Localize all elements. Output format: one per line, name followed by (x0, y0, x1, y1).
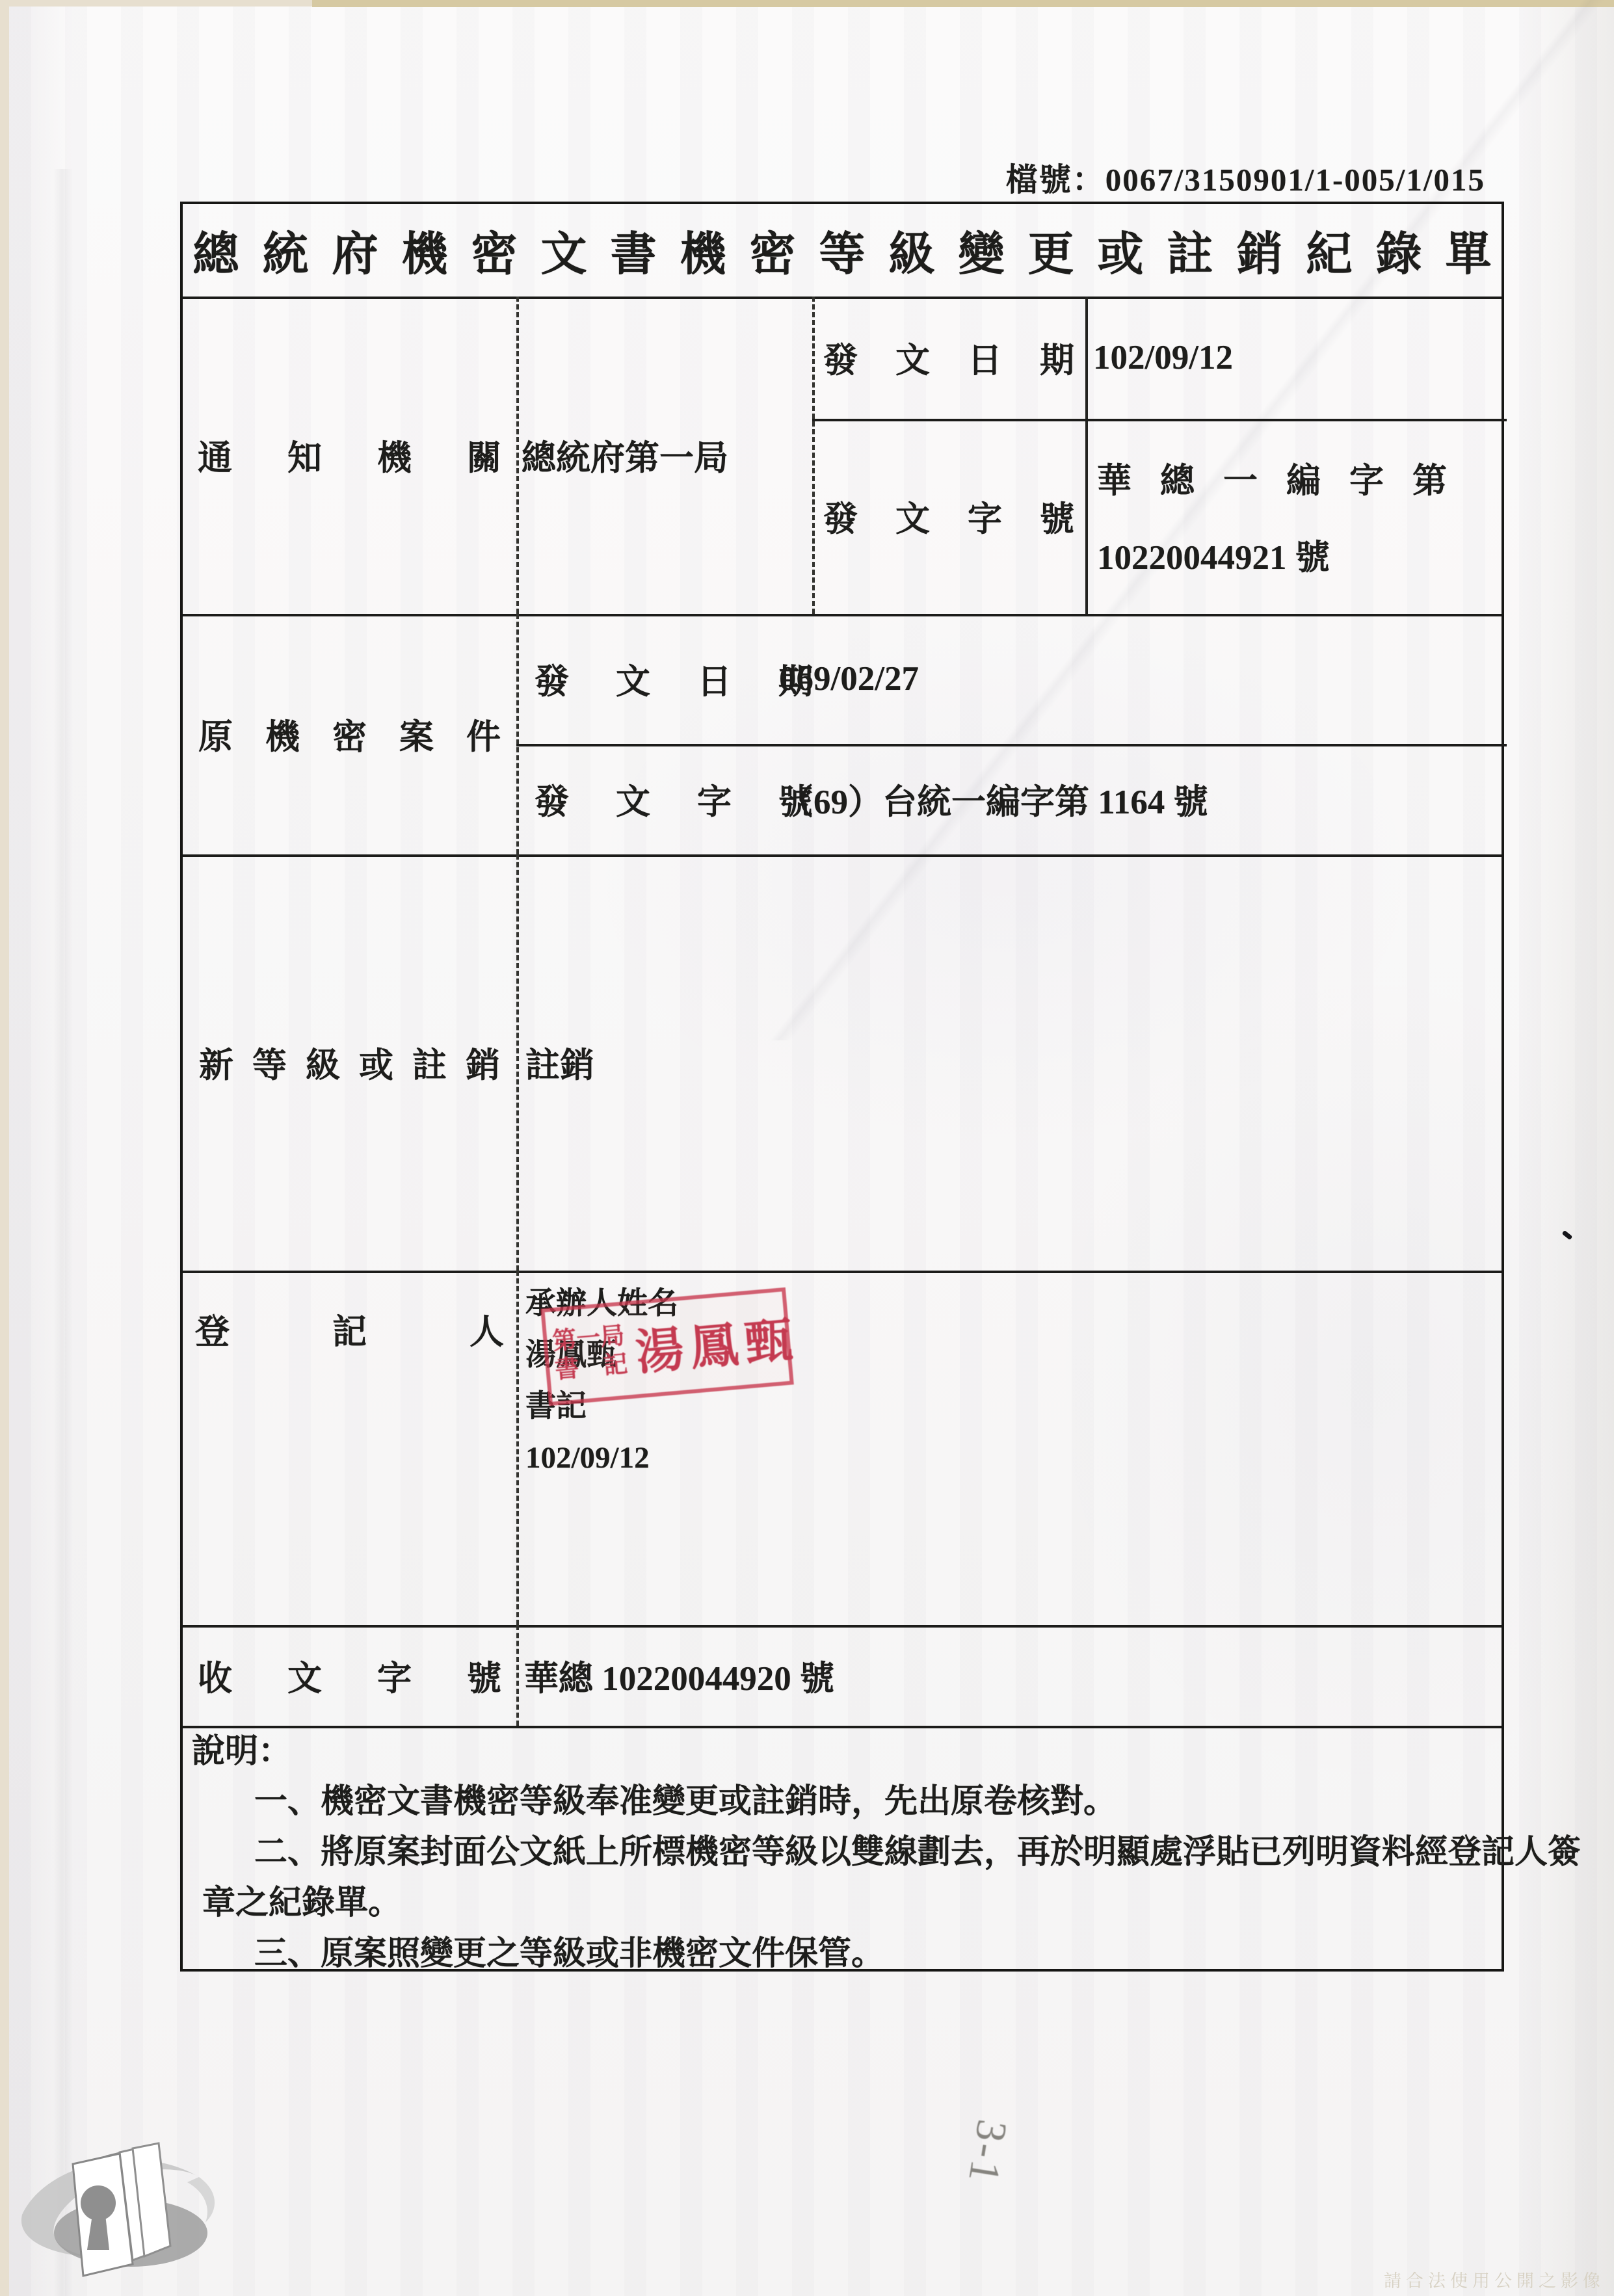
grid-line (1085, 297, 1088, 614)
original-number-cell: 發文字號 （69）台統一編字第 1164 號 (516, 744, 1507, 854)
dispatch-date-label: 發文日期 (823, 333, 1112, 382)
pencil-page-mark: 3-1 (958, 2117, 1017, 2189)
dispatch-number-label-cell: 發文字號 (812, 419, 1085, 614)
scan-edge-strip (312, 0, 1614, 7)
grid-line (812, 297, 815, 614)
dispatch-number-label: 發文字號 (823, 492, 1112, 541)
original-date-value: 069/02/27 (779, 659, 919, 698)
scanned-document-page: { "file_number": "檔號：0067/3150901/1-005/… (0, 0, 1614, 2296)
receipt-value: 華總 10220044920 號 (524, 1651, 834, 1700)
grid-line (516, 1271, 519, 1625)
grid-line (516, 614, 519, 854)
original-number-value: （69）台統一編字第 1164 號 (779, 774, 1208, 824)
dispatch-date-label-cell: 發文日期 (812, 297, 1085, 419)
notify-agency-value: 總統府第一局 (522, 430, 728, 480)
original-date-cell: 發文日期 069/02/27 (516, 614, 1507, 744)
notify-agency-label: 通知機關 (198, 430, 557, 480)
original-case-label: 原機密案件 (198, 709, 533, 759)
grid-line (516, 1625, 519, 1726)
grid-line (516, 854, 519, 1271)
copyright-watermark: 請合法使用公開之影像 (1384, 2267, 1605, 2292)
receipt-label-cell: 收文字號 (183, 1625, 516, 1726)
note-item-3: 三、原案照變更之等級或非機密文件保管。 (254, 1936, 1502, 1972)
form-title: 總統府機密文書機密等級變更或註銷紀錄單 (183, 204, 1502, 297)
note-item-2: 二、將原案封面公文紙上所標機密等級以雙線劃去，再於明顯處浮貼已列明資料經登記人簽 (254, 1835, 1502, 1870)
notify-agency-value-cell: 總統府第一局 (516, 297, 812, 614)
registrar-date: 102/09/12 (525, 1432, 678, 1484)
dispatch-number-line2: 10220044921 號 (1097, 530, 1495, 579)
note-item-2-continued: 章之紀錄單。 (202, 1886, 1502, 1921)
registrar-label-cell: 登記人 (183, 1271, 516, 1625)
notes-section: 說明： 一、機密文書機密等級奉准變更或註銷時，先出原卷核對。 二、將原案封面公文… (183, 1726, 1502, 1972)
receipt-value-cell: 華總 10220044920 號 (516, 1625, 1507, 1726)
file-number: 檔號：0067/3150901/1-005/1/015 (1006, 155, 1485, 200)
dispatch-number-value-cell: 華總一編字第 10220044921 號 (1085, 419, 1507, 614)
new-level-label: 新等級或註銷 (199, 1038, 519, 1087)
note-item-1: 一、機密文書機密等級奉准變更或註銷時，先出原卷核對。 (254, 1784, 1502, 1819)
dispatch-date-value: 102/09/12 (1093, 338, 1233, 377)
archives-logo (10, 2117, 225, 2296)
grid-line (812, 419, 1507, 421)
archives-logo-graphic (10, 2117, 225, 2294)
notes-heading: 說明： (192, 1735, 1502, 1769)
grid-line (516, 297, 519, 614)
notify-agency-label-cell: 通知機關 (183, 297, 516, 614)
new-level-value: 註銷 (525, 1038, 594, 1087)
grid-line (516, 744, 1507, 746)
dispatch-number-line1: 華總一編字第 (1097, 453, 1524, 503)
new-level-label-cell: 新等級或註銷 (183, 854, 516, 1271)
dispatch-date-value-cell: 102/09/12 (1085, 297, 1507, 419)
stamp-name: 湯鳳甄 (633, 1301, 802, 1384)
form-title-text: 總統府機密文書機密等級變更或註銷紀錄單 (192, 217, 1515, 284)
receipt-label: 收文字號 (198, 1651, 557, 1700)
original-case-label-cell: 原機密案件 (183, 614, 516, 854)
record-table: 總統府機密文書機密等級變更或註銷紀錄單 通知機關 總統府第一局 發文日期 102… (180, 202, 1504, 1972)
paper-crease (53, 169, 73, 2296)
new-level-value-cell: 註銷 (516, 854, 1507, 1271)
